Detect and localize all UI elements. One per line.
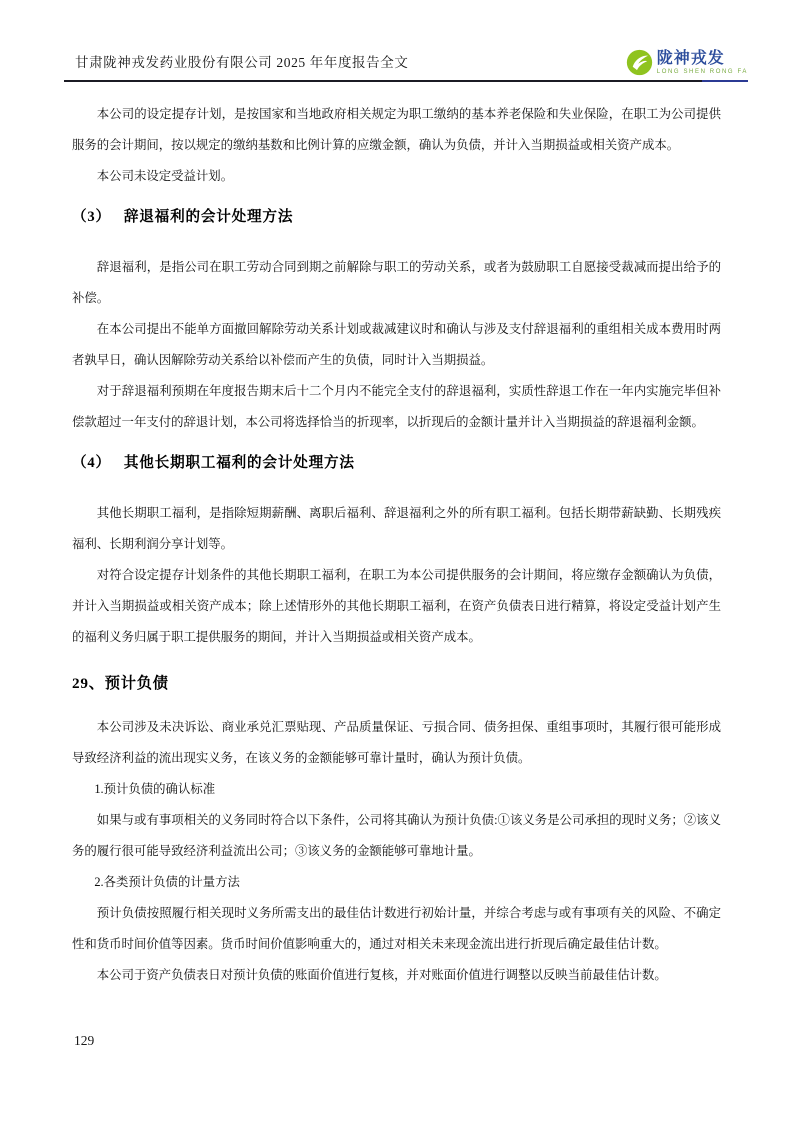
logo-text-block: 陇神戎发 LONG SHEN RONG FA — [657, 51, 748, 75]
document-body: 本公司的设定提存计划，是按国家和当地政府相关规定为职工缴纳的基本养老保险和失业保… — [72, 99, 721, 991]
header-rule-accent — [702, 80, 748, 82]
para-recognition-conditions: 如果与或有事项相关的义务同时符合以下条件，公司将其确认为预计负债:①该义务是公司… — [72, 805, 721, 867]
page-number: 129 — [74, 1033, 94, 1049]
para-balance-sheet-review: 本公司于资产负债表日对预计负债的账面价值进行复核，并对账面价值进行调整以反映当前… — [72, 960, 721, 991]
para-termination-benefits-discount: 对于辞退福利预期在年度报告期末后十二个月内不能完全支付的辞退福利，实质性辞退工作… — [72, 376, 721, 438]
subsection-number: （4） — [72, 455, 111, 471]
company-logo: 陇神戎发 LONG SHEN RONG FA — [626, 49, 748, 80]
bird-in-circle-icon — [626, 49, 653, 76]
para-other-longterm-accounting: 对符合设定提存计划条件的其他长期职工福利，在职工为本公司提供服务的会计期间，将应… — [72, 560, 721, 653]
para-provisions-scope: 本公司涉及未决诉讼、商业承兑汇票贴现、产品质量保证、亏损合同、债务担保、重组事项… — [72, 712, 721, 774]
subsection-title: 其他长期职工福利的会计处理方法 — [124, 455, 355, 471]
subsection-number: （3） — [72, 209, 111, 225]
subsection-title: 辞退福利的会计处理方法 — [124, 209, 293, 225]
section-heading-provisions: 29、预计负债 — [72, 668, 721, 699]
para-initial-measurement: 预计负债按照履行相关现时义务所需支出的最佳估计数进行初始计量，并综合考虑与或有事… — [72, 898, 721, 960]
logo-brand-text: 陇神戎发 — [657, 51, 748, 67]
para-no-defined-benefit-plan: 本公司未设定受益计划。 — [72, 161, 721, 192]
para-termination-benefits-recognition: 在本公司提出不能单方面撤回解除劳动关系计划或裁减建议时和确认与涉及支付辞退福利的… — [72, 314, 721, 376]
list-line-recognition-criteria: 1.预计负债的确认标准 — [72, 774, 721, 805]
para-other-longterm-definition: 其他长期职工福利，是指除短期薪酬、离职后福利、辞退福利之外的所有职工福利。包括长… — [72, 498, 721, 560]
subsection-heading-termination-benefits: （3）辞退福利的会计处理方法 — [72, 202, 721, 233]
logo-tagline-text: LONG SHEN RONG FA — [657, 69, 748, 75]
page-header: 甘肃陇神戎发药业股份有限公司 2025 年年度报告全文 陇神戎发 LONG SH… — [64, 42, 748, 82]
list-line-measurement-methods: 2.各类预计负债的计量方法 — [72, 867, 721, 898]
document-title: 甘肃陇神戎发药业股份有限公司 2025 年年度报告全文 — [75, 51, 408, 80]
subsection-heading-other-longterm-benefits: （4）其他长期职工福利的会计处理方法 — [72, 448, 721, 479]
para-termination-benefits-definition: 辞退福利，是指公司在职工劳动合同到期之前解除与职工的劳动关系，或者为鼓励职工自愿… — [72, 252, 721, 314]
para-defined-contribution-plan: 本公司的设定提存计划，是按国家和当地政府相关规定为职工缴纳的基本养老保险和失业保… — [72, 99, 721, 161]
